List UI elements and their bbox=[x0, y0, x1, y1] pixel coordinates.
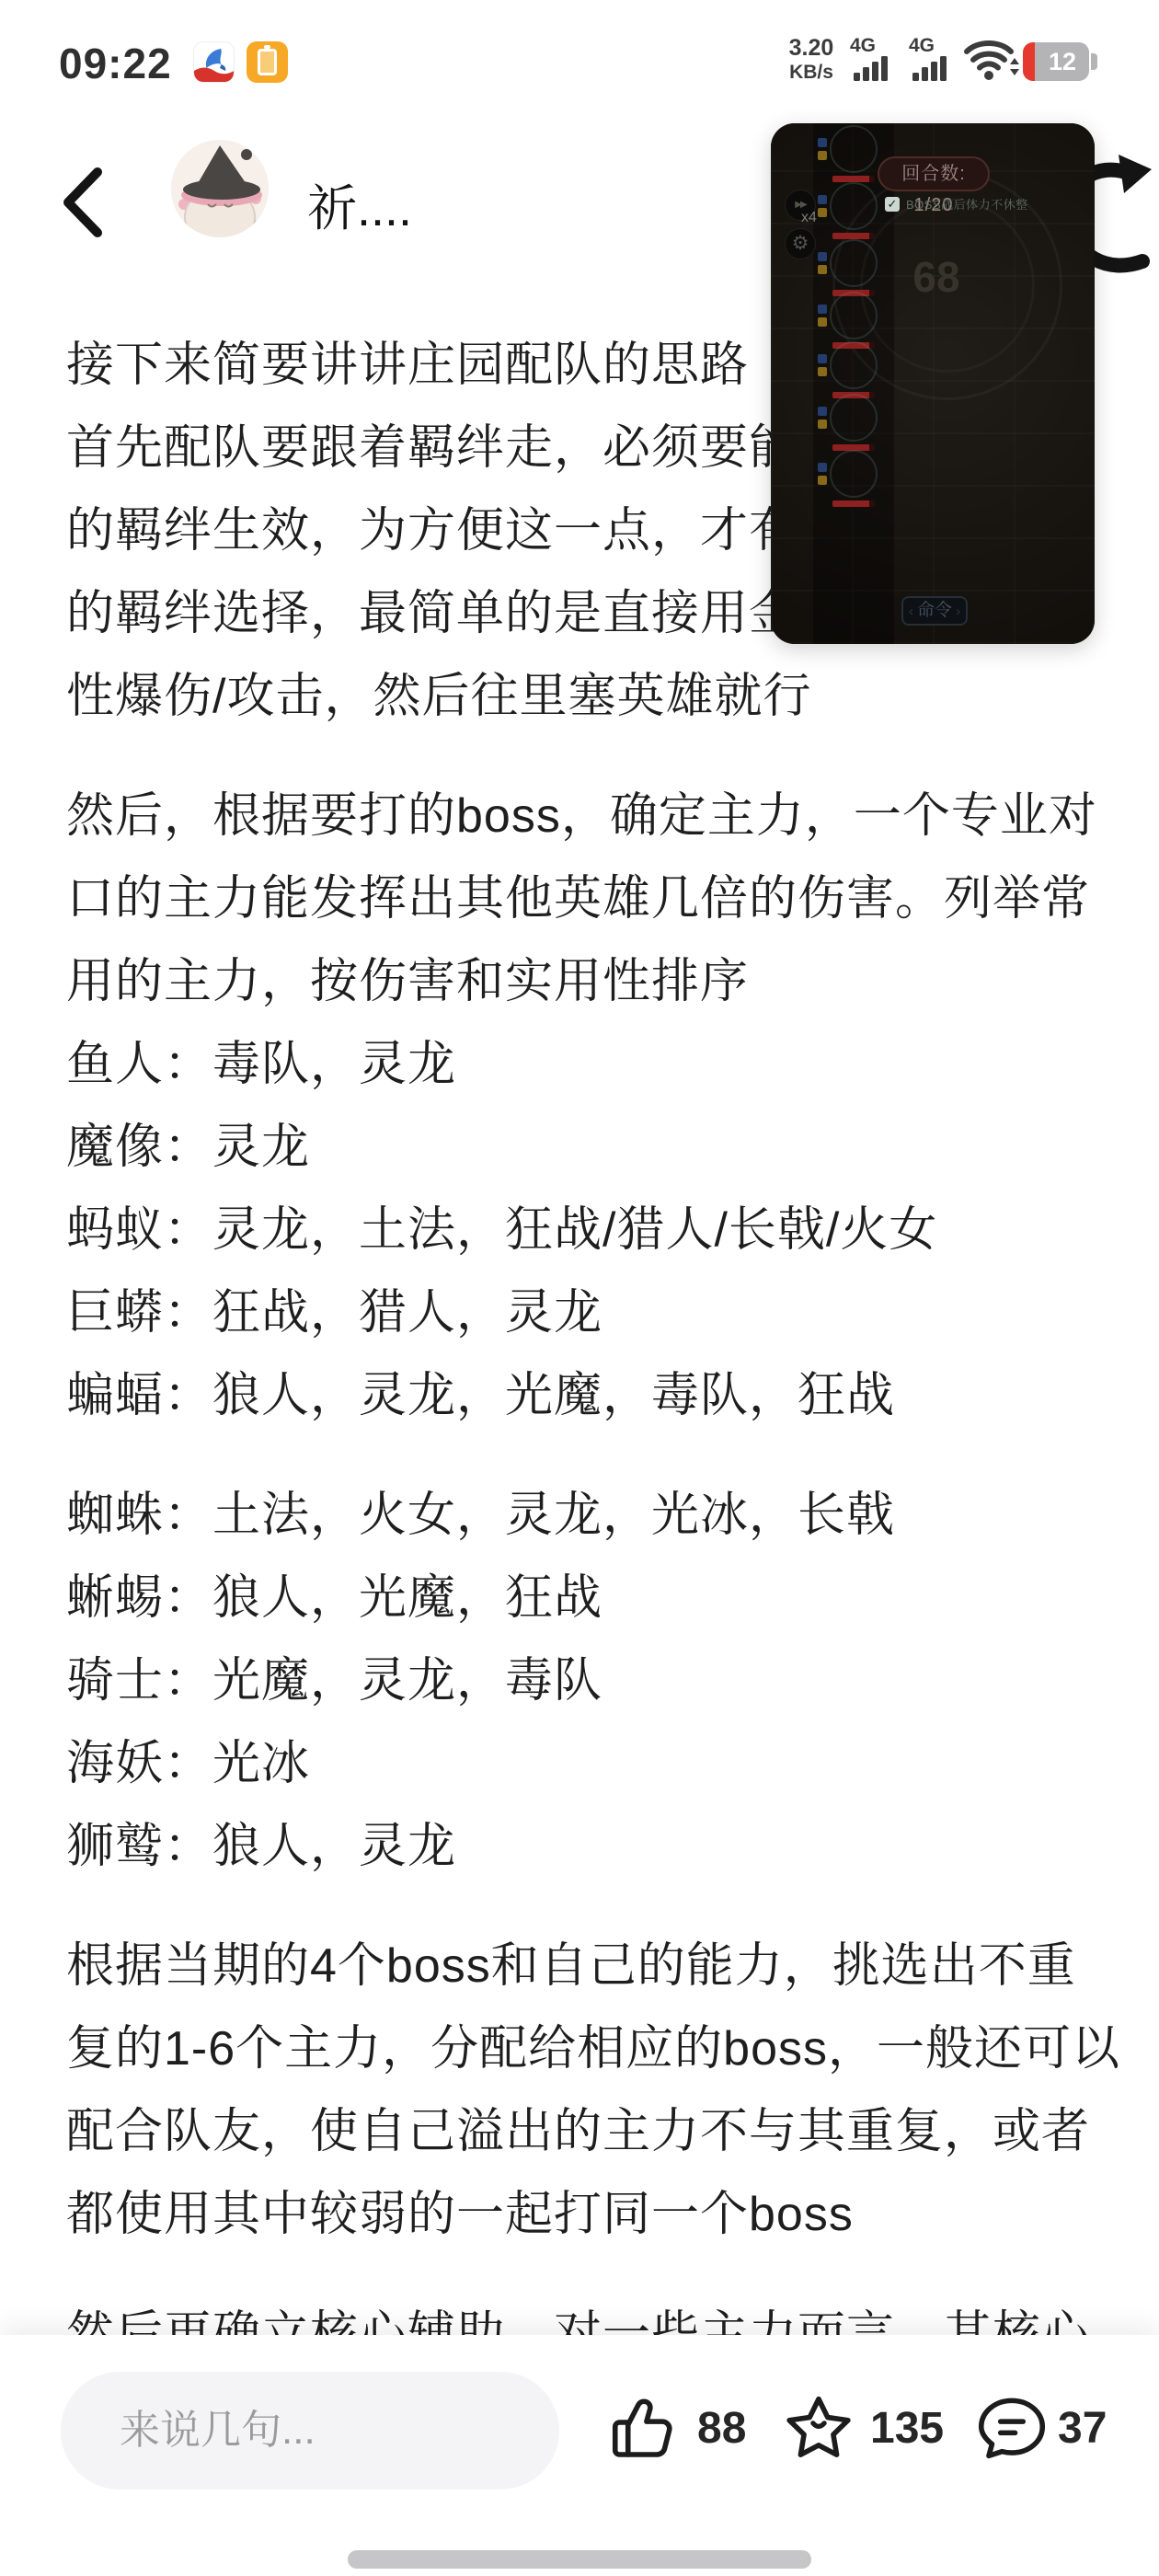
back-button[interactable] bbox=[57, 164, 109, 241]
hero-portrait bbox=[830, 394, 878, 451]
signal-sim2-icon: 4G bbox=[909, 35, 957, 81]
round-counter-badge: 回合数: 1/20 bbox=[878, 156, 990, 191]
text-line: 蜥蜴：狼人，光魔，狂战 bbox=[66, 1557, 1159, 1639]
like-count: 88 bbox=[697, 2390, 746, 2467]
text-line: 根据当期的4个boss和自己的能力，挑选出不重 bbox=[66, 1925, 1159, 2007]
boss-option-row: ✓ BOSS战后体力不休整 bbox=[885, 195, 1028, 213]
battery-nub bbox=[1091, 53, 1097, 70]
text-line: 鱼人：毒队，灵龙 bbox=[66, 1023, 1159, 1106]
paragraph: 根据当期的4个boss和自己的能力，挑选出不重 复的1-6个主力，分配给相应的b… bbox=[66, 1925, 1159, 2256]
signal-sim1-icon: 4G bbox=[850, 35, 898, 81]
comment-button[interactable] bbox=[973, 2390, 1050, 2467]
text-line: 魔像：灵龙 bbox=[66, 1106, 1159, 1189]
text-line: 口的主力能发挥出其他英雄几倍的伤害。列举常 bbox=[66, 857, 1159, 940]
battery-indicator: 12 bbox=[1023, 42, 1089, 81]
comment-count: 37 bbox=[1058, 2390, 1107, 2467]
phone-screen: 09:22 3.20 KB/s 4G 4G 12 bbox=[0, 0, 1159, 2576]
hero-portrait bbox=[830, 341, 878, 398]
network-speed: 3.20 KB/s bbox=[784, 37, 839, 82]
home-indicator[interactable] bbox=[348, 2550, 811, 2569]
collect-count: 135 bbox=[870, 2390, 944, 2467]
checkbox-checked-icon: ✓ bbox=[885, 197, 900, 212]
checkbox-label: BOSS战后体力不休整 bbox=[906, 195, 1028, 213]
text-line: 都使用其中较弱的一起打同一个boss bbox=[66, 2173, 1159, 2256]
text-line: 骑士：光魔，灵龙，毒队 bbox=[66, 1639, 1159, 1722]
dolphin-app-icon bbox=[193, 41, 235, 83]
floating-video-overlay[interactable]: 68 回合数: 1/20 ✓ BOSS战后体力不休整 ▶▶ x4 ⚙ ‹ 命令 … bbox=[771, 123, 1095, 644]
bottom-action-bar: 88 135 37 bbox=[0, 2335, 1159, 2576]
text-line: 蝙蝠：狼人，灵龙，光魔，毒队，狂战 bbox=[66, 1354, 1159, 1437]
text-line: 配合队友，使自己溢出的主力不与其重复，或者 bbox=[66, 2090, 1159, 2173]
text-line: 海妖：光冰 bbox=[66, 1722, 1159, 1805]
text-line: 复的1-6个主力，分配给相应的boss，一般还可以 bbox=[66, 2007, 1159, 2090]
wifi-icon bbox=[964, 37, 1023, 87]
status-time: 09:22 bbox=[59, 39, 172, 88]
text-line: 巨蟒：狂战，猎人，灵龙 bbox=[66, 1271, 1159, 1354]
hero-portrait bbox=[830, 182, 878, 239]
battery-level-red bbox=[1023, 42, 1035, 81]
text-line: 然后，根据要打的boss，确定主力，一个专业对 bbox=[66, 775, 1159, 857]
like-button[interactable] bbox=[607, 2390, 684, 2467]
paragraph: 蜘蛛：土法，火女，灵龙，光冰，长戟 蜥蜴：狼人，光魔，狂战 骑士：光魔，灵龙，毒… bbox=[66, 1474, 1159, 1888]
battery-app-icon bbox=[247, 41, 288, 83]
battery-glyph-icon bbox=[258, 49, 277, 75]
arena-number: 68 bbox=[900, 252, 973, 302]
command-button: ‹ 命令 › bbox=[901, 596, 968, 626]
text-line: 蜘蛛：土法，火女，灵龙，光冰，长戟 bbox=[66, 1474, 1159, 1557]
hero-portrait bbox=[830, 450, 878, 507]
author-avatar[interactable] bbox=[171, 140, 269, 237]
comment-input[interactable] bbox=[61, 2372, 559, 2490]
hero-portrait bbox=[830, 125, 878, 182]
hero-portrait bbox=[830, 292, 878, 349]
speed-multiplier-label: x4 bbox=[801, 210, 817, 226]
paragraph: 然后，根据要打的boss，确定主力，一个专业对 口的主力能发挥出其他英雄几倍的伤… bbox=[66, 775, 1159, 1437]
collect-star-button[interactable] bbox=[780, 2390, 857, 2467]
gear-icon: ⚙ bbox=[785, 228, 816, 259]
text-line: 蚂蚁：灵龙，土法，狂战/猎人/长戟/火女 bbox=[66, 1189, 1159, 1271]
text-line: 狮鹫：狼人，灵龙 bbox=[66, 1805, 1159, 1888]
author-name[interactable]: 祈.... bbox=[307, 169, 412, 240]
text-line: 性爆伤/攻击，然后往里塞英雄就行 bbox=[66, 655, 1159, 738]
text-line: 用的主力，按伤害和实用性排序 bbox=[66, 940, 1159, 1023]
hero-portrait bbox=[830, 239, 878, 296]
